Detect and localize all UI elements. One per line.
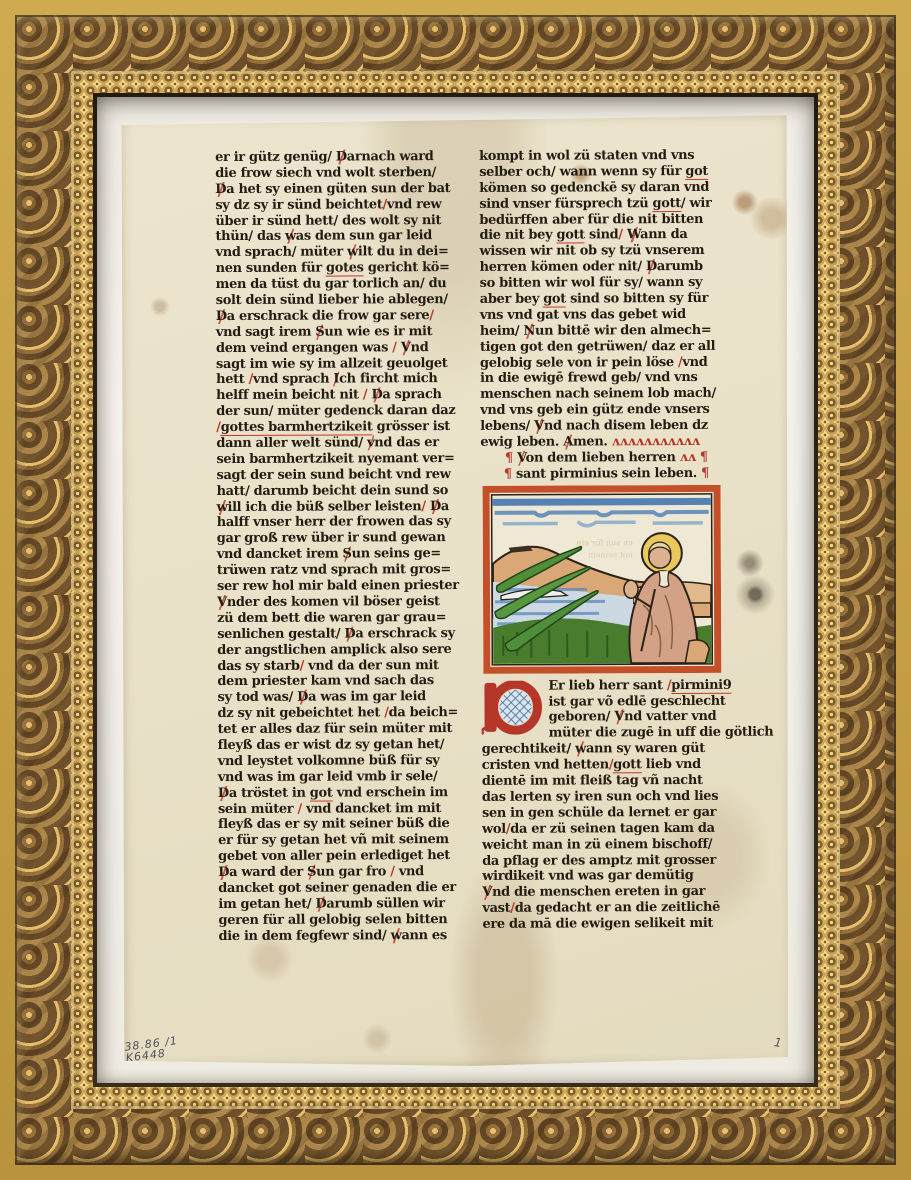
text-line: vnd was im gar leid vmb ir sele/ — [218, 769, 468, 786]
text-line: weicht man in zü einem bischoff/ — [482, 836, 734, 853]
text-line: die nit bey gott sind/ Wann da — [479, 227, 731, 244]
text-line: Vnder des komen vil böser geist — [217, 594, 467, 611]
initial-infill — [499, 689, 531, 724]
text-line: wirdikeit vnd was gar demütig — [482, 868, 734, 885]
text-line: vast/da gedacht er an die zeitlichē — [482, 900, 734, 917]
text-line: sein barmhertzikeit nyemant ver= — [216, 451, 466, 468]
show-through-text-2: mit seinem — [588, 550, 633, 559]
text-line: dancket got seiner genaden die er — [218, 880, 468, 897]
text-line: kömen so gedenckē sy daran vnd — [479, 180, 731, 197]
text-line: wol/da er zü seinen tagen kam da — [482, 821, 734, 838]
text-line: trüwen ratz vnd sprach mit gros= — [217, 562, 467, 579]
text-line: da pflag er des amptz mit grosser — [482, 852, 734, 869]
text-line: er für sy getan het vñ mit seinem — [218, 832, 468, 849]
text-line: vnd dancket irem Sun seins ge= — [217, 546, 467, 563]
woodcut-illustration: en sun für ein mit seinem — [483, 485, 722, 674]
text-line: das sy starb/ vnd da der sun mit — [217, 657, 467, 674]
shelfmark-annotation: 38.86 /1 K6448 — [124, 1035, 180, 1064]
right-text-column: kompt in wol zü staten vnd vnsselber och… — [479, 148, 734, 933]
text-line: der sun/ müter gedenck daran daz — [216, 403, 466, 420]
saint-collar — [659, 571, 669, 587]
text-line: bedürffen aber für die nit bitten — [479, 211, 731, 228]
text-line: die frow siech vnd wolt sterben/ — [215, 165, 465, 182]
manuscript-page: er ir gütz genüg/ Darnach warddie frow s… — [119, 114, 792, 1069]
text-line: das lerten sy iren sun och vnd lies — [482, 789, 734, 806]
sky-band — [493, 498, 711, 506]
text-line: in die ewigē frewd geb/ vnd vns — [480, 370, 732, 387]
text-line: solt dein sünd lieber hie ablegen/ — [216, 292, 466, 309]
illuminated-initial-D — [481, 680, 543, 734]
text-line: sy dz sy ir sünd beichtet/vnd rew — [215, 197, 465, 214]
right-column-upper-text: kompt in wol zü staten vnd vnsselber och… — [479, 148, 732, 451]
text-line: sind vnser fürsprech tzü gott/ wir — [479, 195, 731, 212]
text-line: vnd sprach/ müter wilt du in dei= — [215, 244, 465, 261]
text-line: vnd sagt irem Sun wie es ir mit — [216, 324, 466, 341]
picture-frame-inner-edge: er ir gütz genüg/ Darnach warddie frow s… — [93, 93, 818, 1087]
text-line: so bitten wir wol für sy/ wann sy — [480, 275, 732, 292]
text-line: /gottes barmhertzikeit grösser ist — [216, 419, 466, 436]
left-text-column: er ir gütz genüg/ Darnach warddie frow s… — [215, 149, 468, 945]
text-line: hett /vnd sprach Ich fircht mich — [216, 371, 466, 388]
text-line: lebens/ Vnd nach disem leben dz — [480, 418, 732, 435]
text-line: fleyß das er wist dz sy getan het/ — [218, 737, 468, 754]
text-line: Vnd die menschen ereten in gar — [482, 884, 734, 901]
text-line: thün/ das was dem sun gar leid — [215, 228, 465, 245]
text-line: gelobig sele von ir pein löse /vnd — [480, 354, 732, 371]
text-line: geren für all gelobig selen bitten — [218, 912, 468, 929]
text-line: nen sunden für gotes gericht kö= — [216, 260, 466, 277]
text-line: gebet von aller pein erlediget het — [218, 848, 468, 865]
text-line: sy tod was/ Da was im gar leid — [217, 689, 467, 706]
text-line: gar groß rew über ir sund gewan — [217, 530, 467, 547]
pirminius-paragraph: Er lieb herr sant /pirmini9ist gar võ ed… — [481, 677, 734, 932]
text-line: ser rew hol mir bald einen priester — [217, 578, 467, 595]
text-line: sagt der sein sund beicht vnd rew — [216, 467, 466, 484]
text-line: Da erschrack die frow gar sere/ — [216, 308, 466, 325]
text-line: Da tröstet in got vnd erschein im — [218, 785, 468, 802]
text-line: im getan het/ Darumb süllen wir — [218, 896, 468, 913]
picture-frame-outer-band: er ir gütz genüg/ Darnach warddie frow s… — [0, 0, 911, 1180]
show-through-text: en sun für ein — [576, 538, 632, 547]
text-line: tigen got den getrüwen/ daz er all — [480, 338, 732, 355]
text-line: wissen wir nit ob sy tzü vnserem — [479, 243, 731, 260]
text-line: dann aller welt sünd/ vnd das er — [216, 435, 466, 452]
text-line: dz sy nit gebeichtet het /da beich= — [218, 705, 468, 722]
text-line: hatt/ darumb beicht dein sund so — [217, 483, 467, 500]
text-line: heim/ Nun bittē wir den almech= — [480, 323, 732, 340]
text-line: tet er alles daz für sein müter mit — [218, 721, 468, 738]
text-line: Da het sy einen güten sun der bat — [215, 181, 465, 198]
text-line: kompt in wol zü staten vnd vns — [479, 148, 731, 165]
text-line: selber och/ wann wenn sy für got — [479, 164, 731, 181]
text-line: dem veind ergangen was / Vnd — [216, 340, 466, 357]
text-line: helff mein beicht nit / Da sprach — [216, 387, 466, 404]
text-line: men da tüst du gar torlich an/ du — [216, 276, 466, 293]
text-line: fleyß das er sy mit seiner büß die — [218, 816, 468, 833]
text-line: Da ward der Sun gar fro / vnd — [218, 864, 468, 881]
picture-frame-inner-lip: er ir gütz genüg/ Darnach warddie frow s… — [71, 71, 840, 1109]
text-line: herren kömen oder nit/ Darumb — [480, 259, 732, 276]
text-line: er ir gütz genüg/ Darnach ward — [215, 149, 465, 166]
text-line: ¶ Von dem lieben herren ʌʌ ¶ — [480, 450, 732, 467]
text-line: dientē im mit fleiß tag vñ nacht — [482, 773, 734, 790]
pencil-page-number: 1 — [772, 1035, 784, 1050]
text-line: ¶ sant pirminius sein leben. ¶ — [480, 466, 732, 483]
mat-board: er ir gütz genüg/ Darnach warddie frow s… — [97, 97, 814, 1083]
text-line: vnd vns geb ein gütz ende vnsers — [480, 402, 732, 419]
text-line: aber bey got sind so bitten sy für — [480, 291, 732, 308]
text-line: die in dem fegfewr sind/ wann es — [218, 928, 468, 945]
text-line: über ir sünd hett/ des wolt sy nit — [215, 213, 465, 230]
text-line: will ich die büß selber leisten/ Da — [217, 499, 467, 516]
text-line: gerechtikeit/ wann sy waren güt — [482, 741, 734, 758]
text-line: vns vnd gat vns das gebet wid — [480, 307, 732, 324]
text-line: halff vnser herr der frowen das sy — [217, 514, 467, 531]
text-line: sein müter / vnd dancket im mit — [218, 800, 468, 817]
text-line: sagt im wie sy im allzeit geuolget — [216, 356, 466, 373]
text-line: menschen nach seinem lob mach/ — [480, 386, 732, 403]
text-line: senlichen gestalt/ Da erschrack sy — [217, 626, 467, 643]
text-line: der angstlichen amplick also sere — [217, 642, 467, 659]
text-line: ewig leben. Amen. ʌʌʌʌʌʌʌʌʌʌʌ — [480, 434, 732, 451]
text-line: ere da mā die ewigen selikeit mit — [482, 916, 734, 933]
text-line: sen in gen schüle da lernet er gar — [482, 805, 734, 822]
text-line: cristen vnd hetten/gott lieb vnd — [482, 757, 734, 774]
picture-frame-ornate-carving: er ir gütz genüg/ Darnach warddie frow s… — [15, 15, 896, 1165]
saint-raised-hand — [624, 580, 638, 598]
text-line: zü dem bett die waren gar grau= — [217, 610, 467, 627]
text-line: vnd leystet volkomne büß für sy — [218, 753, 468, 770]
chapter-heading: ¶ Von dem lieben herren ʌʌ ¶¶ sant pirmi… — [480, 450, 732, 483]
rock — [685, 640, 709, 663]
text-line: dem priester kam vnd sach das — [217, 673, 467, 690]
